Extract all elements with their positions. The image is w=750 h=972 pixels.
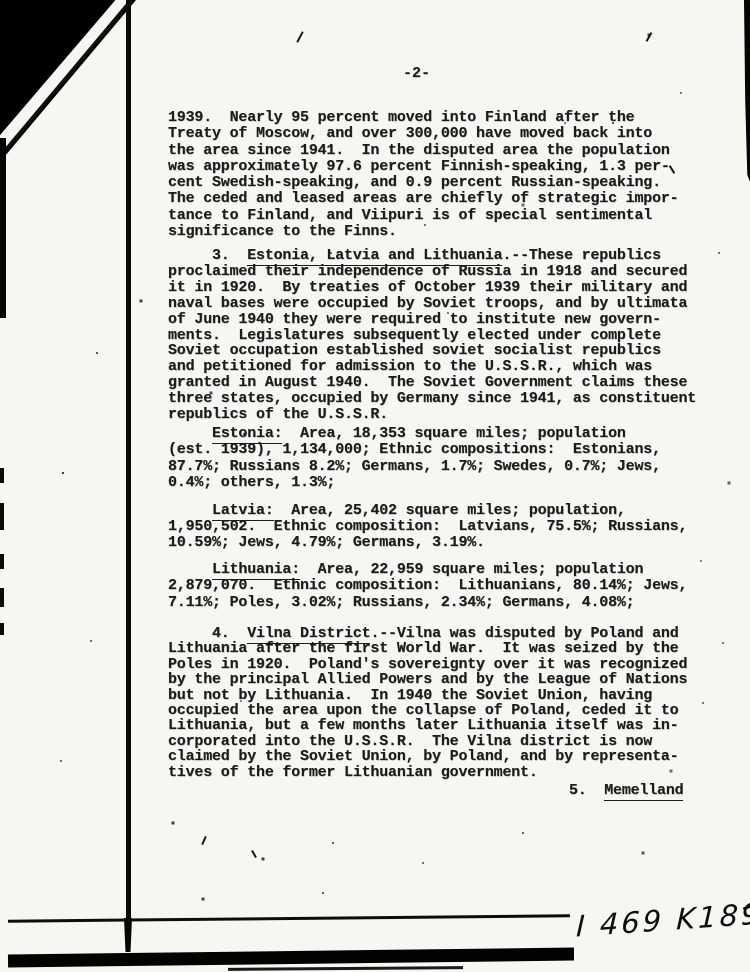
paragraph-text: .--These republics proclaimed their inde… bbox=[168, 247, 696, 423]
scan-page-crease-blob bbox=[123, 918, 133, 952]
scan-page-crease-line bbox=[126, 0, 131, 921]
scan-left-edge-strip bbox=[0, 138, 6, 318]
scan-stray-mark bbox=[296, 31, 303, 43]
paragraph-lead bbox=[168, 561, 212, 578]
paragraph-lead bbox=[168, 425, 212, 442]
handwritten-annotation: I 469 K189 bbox=[576, 896, 750, 943]
scan-left-edge-dash bbox=[0, 554, 4, 569]
scan-left-edge-dash bbox=[0, 588, 4, 607]
scan-left-edge-dash bbox=[0, 623, 4, 635]
paragraph-vilna: 4. Vilna District.--Vilna was disputed b… bbox=[168, 626, 687, 780]
paragraph-latvia: Latvia: Area, 25,402 square miles; popul… bbox=[168, 503, 687, 551]
paragraph-lithuania: Lithuania: Area, 22,959 square miles; po… bbox=[168, 562, 687, 611]
paragraph-finland: 1939. Nearly 95 percent moved into Finla… bbox=[168, 110, 679, 240]
scan-bottom-thick-bar bbox=[8, 948, 574, 968]
scan-stray-mark bbox=[646, 32, 653, 42]
paragraph-text: .--Vilna was disputed by Poland and Lith… bbox=[168, 625, 687, 781]
scan-stray-mark bbox=[201, 836, 206, 845]
scanned-document-page: -2- 1939. Nearly 95 percent moved into F… bbox=[0, 0, 750, 972]
paragraph-estonia: Estonia: Area, 18,353 square miles; popu… bbox=[168, 426, 661, 491]
scan-bottom-thin-line bbox=[8, 914, 570, 922]
scan-corner-shadow bbox=[0, 0, 136, 162]
scan-stray-mark bbox=[251, 850, 257, 858]
scan-right-edge-strip bbox=[744, 0, 750, 182]
section-number: 5. bbox=[569, 782, 604, 799]
paragraph-text: 1939. Nearly 95 percent moved into Finla… bbox=[168, 109, 679, 240]
paragraph-lead: 3. bbox=[168, 247, 247, 264]
next-section-heading: 5. Memelland bbox=[569, 783, 683, 799]
paragraph-baltic-states: 3. Estonia, Latvia and Lithuania.--These… bbox=[168, 248, 696, 423]
section-heading-memelland: Memelland bbox=[604, 782, 683, 801]
scan-left-edge-dash bbox=[0, 503, 4, 530]
scan-left-edge-dash bbox=[0, 468, 4, 483]
paragraph-lead bbox=[168, 502, 212, 519]
page-number: -2- bbox=[403, 66, 430, 82]
scan-bottom-sub-line bbox=[228, 966, 463, 970]
